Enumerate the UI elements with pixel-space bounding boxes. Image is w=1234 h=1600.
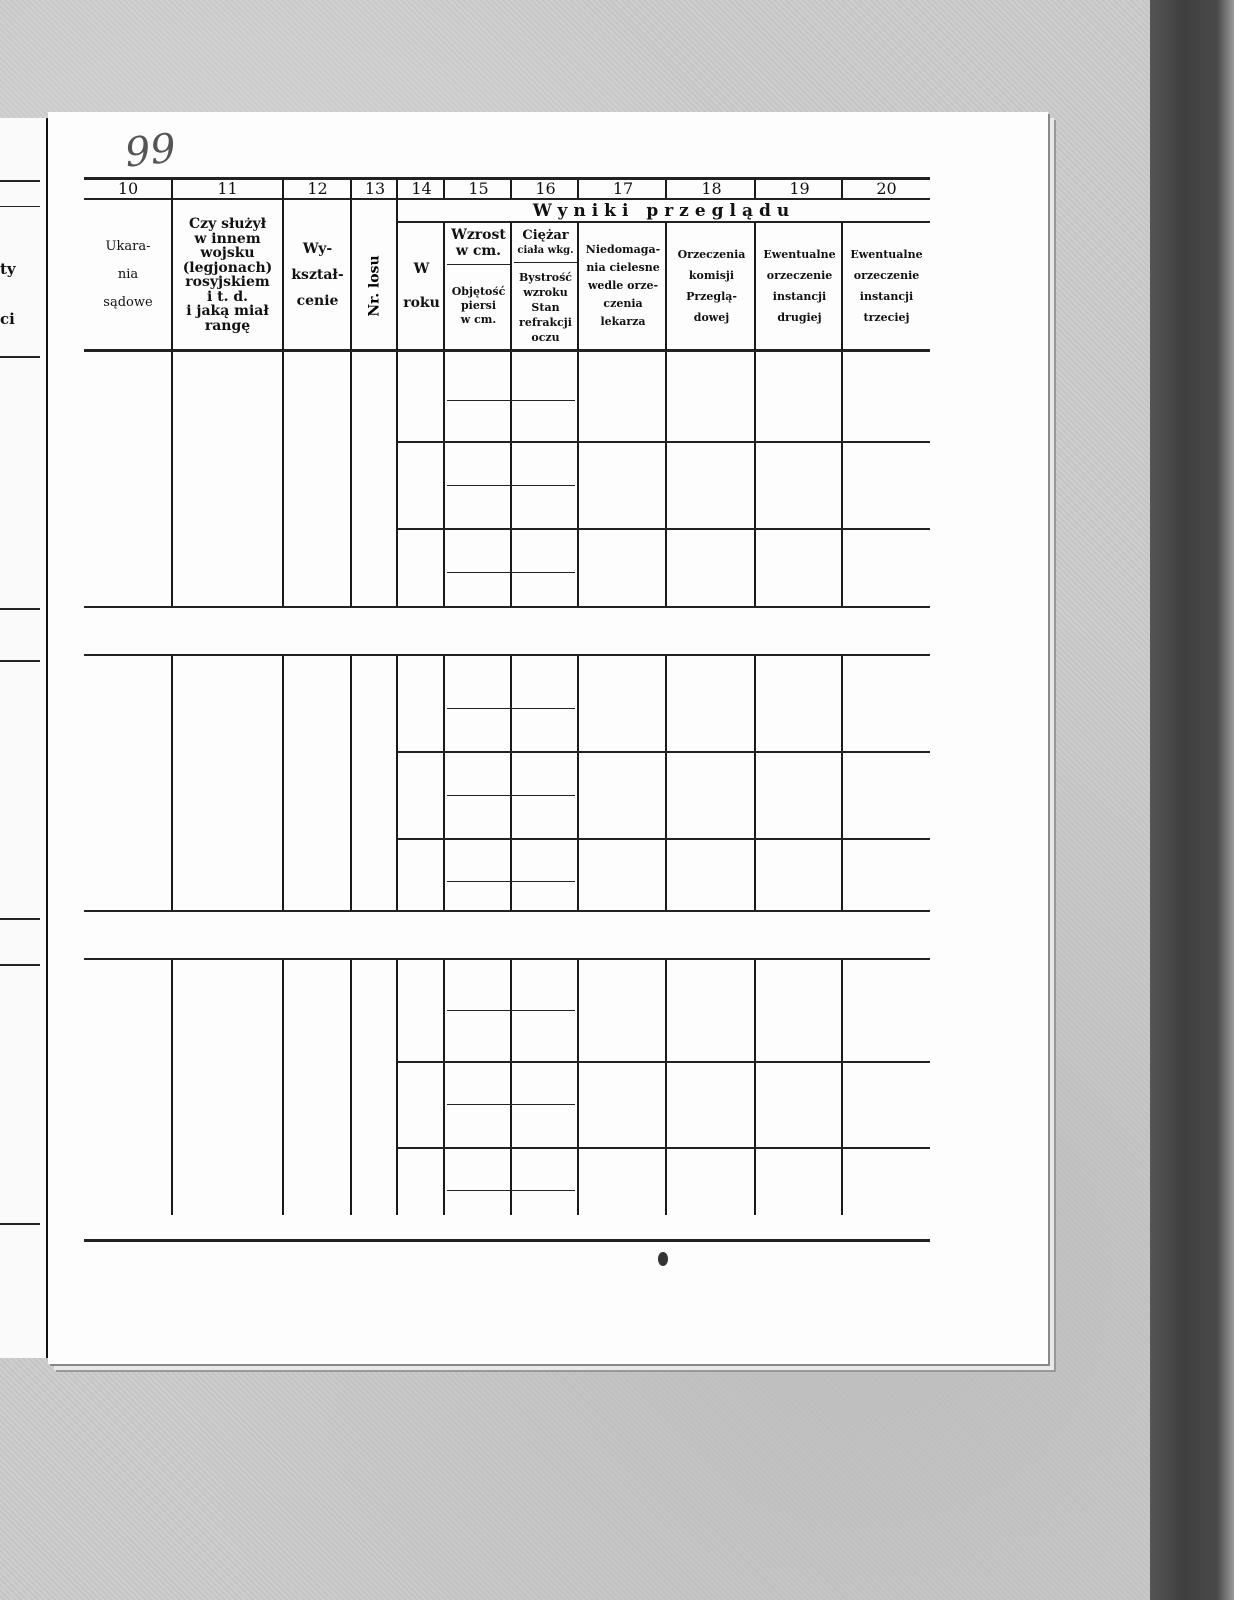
column-divider — [841, 180, 843, 198]
column-number: 10 — [84, 180, 172, 198]
column-divider — [841, 656, 843, 911]
prev-page-rule — [0, 964, 40, 966]
header-col16-top: Ciężar ciała wkg. — [512, 223, 579, 263]
header-text: rosyjskiem — [185, 275, 269, 290]
prev-page-text: ty — [0, 260, 16, 278]
col15-split-rule — [447, 264, 510, 265]
column-divider — [665, 352, 667, 607]
header-text: w innem — [194, 232, 260, 247]
header-text: Ukara- — [106, 233, 151, 261]
header-text: wedle orze- — [588, 277, 658, 295]
header-text: Nr. losu — [367, 255, 383, 316]
header-text: piersi — [461, 299, 496, 313]
sub-row-rule — [447, 795, 575, 796]
record-top-rule — [84, 958, 930, 960]
year-row-rule — [398, 528, 930, 530]
column-divider — [350, 352, 352, 607]
header-text: sądowe — [103, 289, 152, 317]
header-col19: Ewentualne orzeczenie instancji drugiej — [756, 222, 843, 350]
header-text: dowej — [694, 307, 729, 328]
prev-page-rule — [0, 356, 40, 358]
column-divider — [510, 222, 512, 350]
column-number: 16 — [512, 180, 579, 198]
column-divider — [443, 656, 445, 911]
year-row-rule — [398, 441, 930, 443]
header-text: Ciężar — [522, 228, 568, 243]
column-divider — [665, 180, 667, 198]
record-bottom-rule — [84, 1239, 930, 1242]
header-text: roku — [403, 286, 440, 320]
header-col12: Wy- kształ- cenie — [283, 200, 352, 350]
column-divider — [577, 656, 579, 911]
sub-row-rule — [447, 1190, 575, 1191]
header-text: W — [414, 252, 430, 286]
header-text: Orzeczenia — [678, 244, 746, 265]
column-divider — [754, 656, 756, 911]
header-text: lekarza — [600, 313, 645, 331]
column-number: 12 — [283, 180, 352, 198]
header-text: cenie — [297, 288, 339, 314]
header-text: nia cielesne — [586, 259, 659, 277]
header-text: instancji — [773, 286, 826, 307]
header-text: ciała wkg. — [517, 243, 573, 258]
header-text: Przeglą- — [686, 286, 737, 307]
header-text: Bystrość — [519, 270, 572, 285]
sub-row-rule — [447, 572, 575, 573]
header-text: Ewentualne — [850, 244, 922, 265]
header-text: rangę — [205, 319, 250, 334]
header-col13: Nr. losu — [352, 222, 398, 350]
header-col17: Niedomaga- nia cielesne wedle orze- czen… — [579, 222, 667, 350]
header-text: drugiej — [777, 307, 821, 328]
header-text: kształ- — [291, 262, 343, 288]
prev-page-rule — [0, 918, 40, 920]
record-top-rule — [84, 654, 930, 656]
prev-page-rule — [0, 180, 40, 182]
header-text: (legjonach) — [183, 261, 273, 276]
header-col14: W roku — [398, 222, 445, 350]
column-number: 19 — [756, 180, 843, 198]
section-title-wyniki-przegladu: Wyniki przeglądu — [398, 202, 930, 220]
record-bottom-rule — [84, 910, 930, 912]
page-number-handwritten: 99 — [123, 125, 178, 176]
column-divider — [396, 180, 398, 350]
header-text: Stan — [531, 300, 559, 315]
column-divider — [577, 222, 579, 350]
column-divider — [282, 960, 284, 1215]
header-col15-bottom: Objętość piersi w cm. — [445, 266, 512, 346]
column-divider — [350, 180, 352, 350]
column-divider — [171, 180, 173, 350]
header-text: w cm. — [461, 313, 496, 327]
column-divider — [665, 960, 667, 1215]
column-divider — [841, 352, 843, 607]
header-text: orzeczenie — [854, 265, 920, 286]
prev-page-rule — [0, 1223, 40, 1225]
sub-row-rule — [447, 485, 575, 486]
header-text: wojsku — [200, 246, 254, 261]
column-divider — [396, 960, 398, 1215]
column-number: 13 — [352, 180, 398, 198]
header-text: oczu — [531, 330, 559, 345]
header-col18: Orzeczenia komisji Przeglą- dowej — [667, 222, 756, 350]
column-number: 11 — [172, 180, 283, 198]
column-divider — [577, 180, 579, 198]
column-divider — [443, 222, 445, 350]
prev-page-rule — [0, 206, 40, 207]
column-divider — [171, 960, 173, 1215]
column-divider — [754, 352, 756, 607]
header-text: nia — [118, 261, 138, 289]
header-text: czenia — [603, 295, 642, 313]
column-number: 18 — [667, 180, 756, 198]
column-divider — [396, 656, 398, 911]
column-divider — [282, 180, 284, 350]
year-row-rule — [398, 838, 930, 840]
sub-row-rule — [447, 400, 575, 401]
header-col16-bottom: Bystrość wzroku Stan refrakcji oczu — [512, 264, 579, 350]
header-text: instancji — [860, 286, 913, 307]
column-number: 17 — [579, 180, 667, 198]
sub-row-rule — [447, 708, 575, 709]
column-divider — [171, 352, 173, 607]
header-text: i jaką miał — [186, 304, 269, 319]
column-divider — [665, 222, 667, 350]
prev-page-text: ci — [0, 310, 15, 328]
header-col20: Ewentualne orzeczenie instancji trzeciej — [843, 222, 930, 350]
year-row-rule — [398, 751, 930, 753]
column-divider — [510, 656, 512, 911]
header-text: trzeciej — [864, 307, 910, 328]
column-number: 15 — [445, 180, 512, 198]
column-divider — [510, 960, 512, 1215]
header-text: i t. d. — [207, 290, 248, 305]
sub-row-rule — [447, 1010, 575, 1011]
column-divider — [171, 656, 173, 911]
header-text: refrakcji — [519, 315, 572, 330]
column-divider — [754, 180, 756, 198]
column-number: 14 — [398, 180, 445, 198]
column-divider — [754, 960, 756, 1215]
header-col15-top: Wzrost w cm. — [445, 223, 512, 263]
header-col10: Ukara- nia sądowe — [84, 200, 172, 350]
sub-row-rule — [447, 1104, 575, 1105]
column-divider — [443, 352, 445, 607]
column-divider — [443, 960, 445, 1215]
column-divider — [350, 656, 352, 911]
record-bottom-rule — [84, 606, 930, 608]
header-text: Objętość — [452, 285, 506, 299]
header-text: Ewentualne — [763, 244, 835, 265]
column-number: 20 — [843, 180, 930, 198]
year-row-rule — [398, 1061, 930, 1063]
column-divider — [443, 180, 445, 198]
header-text: komisji — [689, 265, 734, 286]
column-divider — [665, 656, 667, 911]
column-divider — [282, 656, 284, 911]
column-divider — [396, 352, 398, 607]
column-divider — [841, 222, 843, 350]
column-divider — [510, 352, 512, 607]
header-text: Niedomaga- — [586, 241, 660, 259]
previous-page-edge: ty ci — [0, 118, 50, 1358]
header-text: orzeczenie — [767, 265, 833, 286]
prev-page-rule — [0, 660, 40, 662]
year-row-rule — [398, 1147, 930, 1149]
header-col11: Czy służył w innem wojsku (legjonach) ro… — [172, 200, 283, 350]
column-divider — [577, 352, 579, 607]
column-divider — [754, 222, 756, 350]
scanner-edge-shadow — [1150, 0, 1234, 1600]
sub-row-rule — [447, 881, 575, 882]
header-text: Wy- — [303, 236, 332, 262]
column-divider — [510, 180, 512, 198]
column-divider — [350, 960, 352, 1215]
ink-blot — [658, 1252, 668, 1266]
header-text: Wzrost — [451, 227, 506, 243]
column-divider — [577, 960, 579, 1215]
header-text: Czy służył — [189, 217, 266, 232]
header-text: w cm. — [456, 243, 501, 259]
prev-page-rule — [0, 608, 40, 610]
column-divider — [282, 352, 284, 607]
column-divider — [841, 960, 843, 1215]
header-text: wzroku — [523, 285, 567, 300]
